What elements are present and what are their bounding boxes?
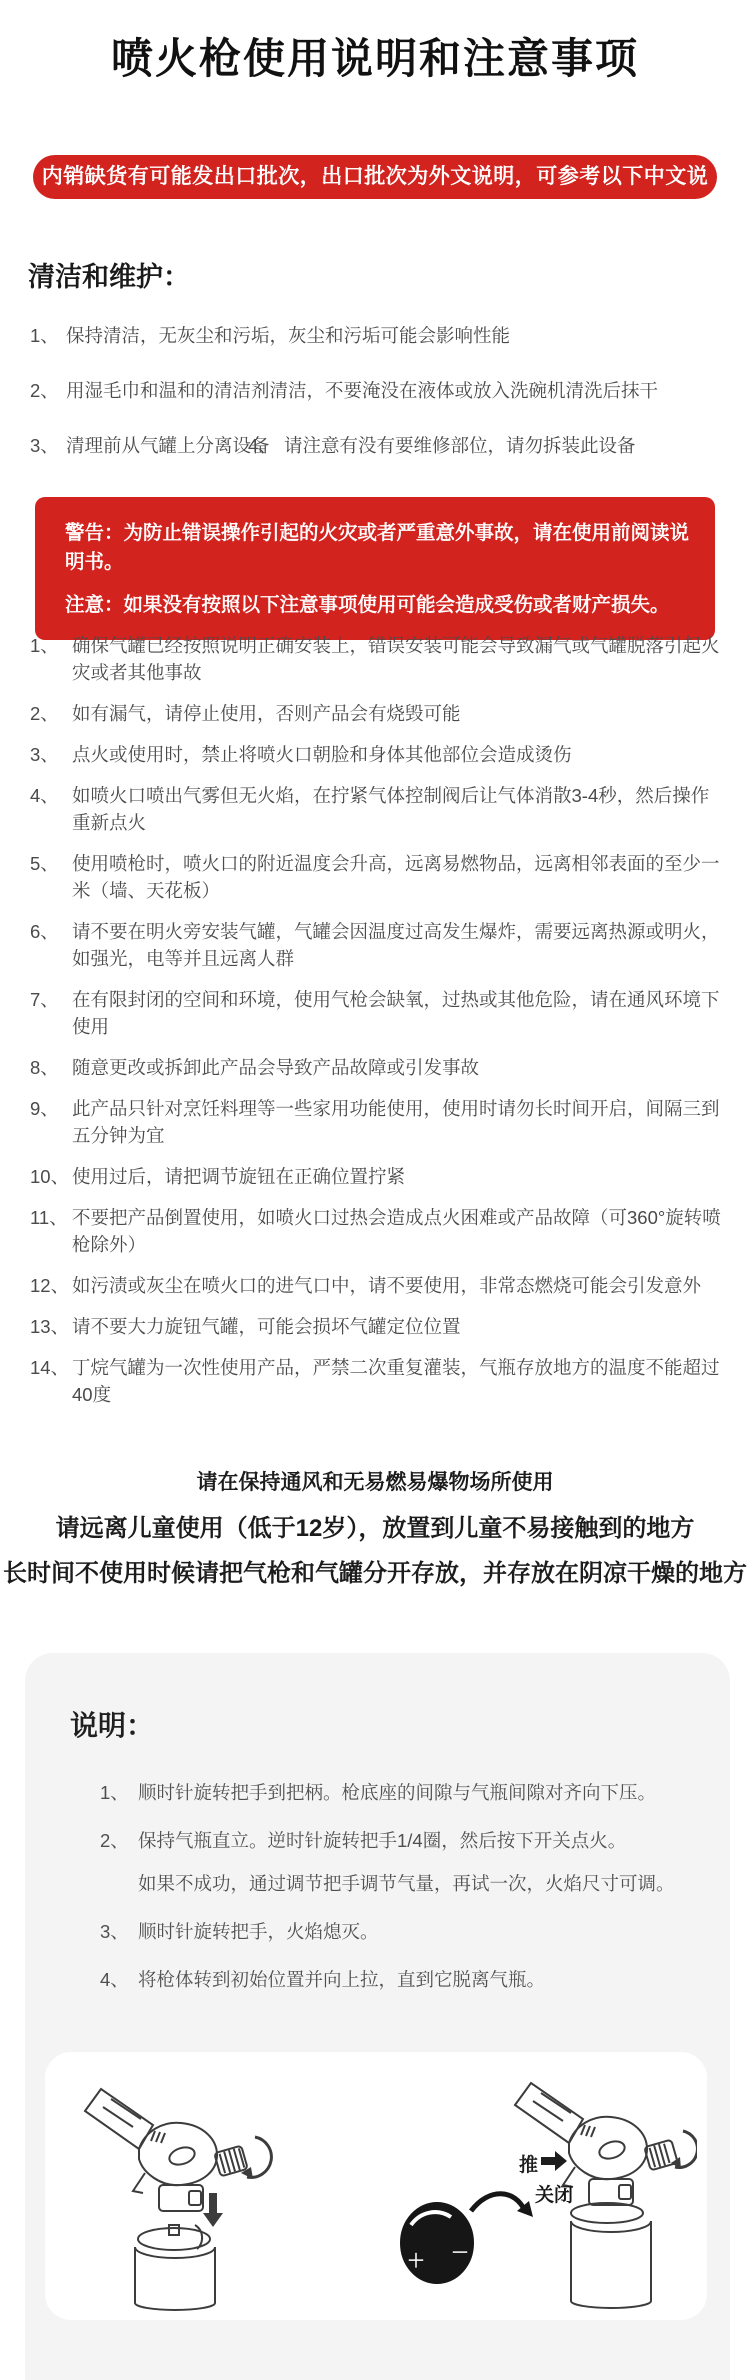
torch-trigger xyxy=(133,2173,145,2193)
item-text: 用湿毛巾和温和的清洁剂清洁，不要淹没在液体或放入洗碗机清洗后抹干 xyxy=(66,377,658,404)
storage-notes: 请在保持通风和无易燃易爆物场所使用 请远离儿童使用（低于12岁），放置到儿童不易… xyxy=(0,1468,750,1590)
notice-item: 2、如有漏气，请停止使用，否则产品会有烧毁可能 xyxy=(30,700,724,727)
maintenance-item-row: 3、 清理前从气罐上分离设备 4、 请注意有没有要维修部位，请勿拆装此设备 xyxy=(30,432,722,459)
torch-collar xyxy=(589,2179,633,2205)
item-text: 顺时针旋转把手，火焰熄灭。 xyxy=(138,1917,705,1947)
notice-item: 13、请不要大力旋钮气罐，可能会损坏气罐定位位置 xyxy=(30,1313,724,1340)
notice-item: 8、随意更改或拆卸此产品会导致产品故障或引发事故 xyxy=(30,1054,724,1081)
torch-body xyxy=(569,2117,647,2179)
close-label: 关闭 xyxy=(535,2183,573,2206)
torch-instruction-page: 喷火枪使用说明和注意事项 内销缺货有可能发出口批次，出口批次为外文说明，可参考以… xyxy=(0,0,750,2380)
item-number: 4、 xyxy=(100,1965,138,1995)
item-number: 7、 xyxy=(30,986,72,1040)
notice-item: 6、请不要在明火旁安装气罐，气罐会因温度过高发生爆炸，需要远离热源或明火，如强光… xyxy=(30,918,724,972)
caution-line: 注意：如果没有按照以下注意事项使用可能会造成受伤或者财产损失。 xyxy=(65,591,689,620)
storage-note-line: 请远离儿童使用（低于12岁），放置到儿童不易接触到的地方 xyxy=(0,1513,750,1545)
maintenance-item: 2、 用湿毛巾和温和的清洁剂清洁，不要淹没在液体或放入洗碗机清洗后抹干 xyxy=(30,377,722,404)
item-text: 点火或使用时，禁止将喷火口朝脸和身体其他部位会造成烫伤 xyxy=(72,741,724,768)
gas-canister xyxy=(135,2225,215,2310)
item-number: 8、 xyxy=(30,1054,72,1081)
item-text: 丁烷气罐为一次性使用产品，严禁二次重复灌装，气瓶存放地方的温度不能超过40度 xyxy=(72,1354,724,1408)
item-number: 2、 xyxy=(30,700,72,727)
item-text: 请注意有没有要维修部位，请勿拆装此设备 xyxy=(284,432,636,459)
torch-detach-illustration: 推 ＋ － xyxy=(367,2061,697,2311)
item-text: 使用喷枪时，喷火口的附近温度会升高，远离易燃物品，远离相邻表面的至少一米（墙、天… xyxy=(72,850,724,904)
item-number: 1、 xyxy=(100,1778,138,1808)
item-number: 6、 xyxy=(30,918,72,972)
page-title: 喷火枪使用说明和注意事项 xyxy=(0,30,750,88)
item-number: 3、 xyxy=(30,432,66,459)
item-text: 请不要大力旋钮气罐，可能会损坏气罐定位位置 xyxy=(72,1313,724,1340)
illustration-card: 推 ＋ － xyxy=(45,2052,707,2320)
item-number: 11、 xyxy=(30,1204,72,1258)
item-text: 随意更改或拆卸此产品会导致产品故障或引发事故 xyxy=(72,1054,724,1081)
item-text: 如污渍或灰尘在喷火口的进气口中，请不要使用，非常态燃烧可能会引发意外 xyxy=(72,1272,724,1299)
notice-item: 9、此产品只针对烹饪料理等一些家用功能使用，使用时请勿长时间开启，间隔三到五分钟… xyxy=(30,1095,724,1149)
gas-canister xyxy=(571,2203,651,2308)
maintenance-list: 1、 保持清洁，无灰尘和污垢，灰尘和污垢可能会影响性能 2、 用湿毛巾和温和的清… xyxy=(30,322,722,487)
instruction-item: 3、 顺时针旋转把手，火焰熄灭。 xyxy=(100,1917,705,1947)
notice-banner-text: 内销缺货有可能发出口批次，出口批次为外文说明，可参考以下中文说明 xyxy=(42,165,709,232)
item-text-line2: 如果不成功，通过调节把手调节气量，再试一次，火焰尺寸可调。 xyxy=(138,1869,705,1899)
item-number: 5、 xyxy=(30,850,72,904)
instruction-item: 1、 顺时针旋转把手到把柄。枪底座的间隙与气瓶间隙对齐向下压。 xyxy=(100,1778,705,1808)
item-number: 2、 xyxy=(30,377,66,404)
item-text-line1: 保持气瓶直立。逆时针旋转把手1/4圈，然后按下开关点火。 xyxy=(138,1830,626,1851)
item-text: 保持清洁，无灰尘和污垢，灰尘和污垢可能会影响性能 xyxy=(66,322,510,349)
maintenance-item: 4、 请注意有没有要维修部位，请勿拆装此设备 xyxy=(248,432,636,459)
push-arrow-icon xyxy=(541,2151,567,2171)
item-number: 2、 xyxy=(100,1826,138,1899)
gas-control-knob xyxy=(644,2140,678,2171)
item-number: 13、 xyxy=(30,1313,72,1340)
instruction-item: 4、 将枪体转到初始位置并向上拉，直到它脱离气瓶。 xyxy=(100,1965,705,1995)
warning-line: 警告：为防止错误操作引起的火灾或者严重意外事故，请在使用前阅读说明书。 xyxy=(65,519,689,577)
instruction-item: 2、 保持气瓶直立。逆时针旋转把手1/4圈，然后按下开关点火。如果不成功，通过调… xyxy=(100,1826,705,1899)
item-number: 4、 xyxy=(30,782,72,836)
notice-item: 4、如喷火口喷出气雾但无火焰，在拧紧气体控制阀后让气体消散3-4秒，然后操作重新… xyxy=(30,782,724,836)
item-number: 3、 xyxy=(30,741,72,768)
torch-trigger xyxy=(563,2167,575,2187)
storage-note-line: 长时间不使用时候请把气枪和气罐分开存放，并存放在阴凉干燥的地方 xyxy=(0,1558,750,1590)
dial-plus-label: ＋ xyxy=(407,2251,425,2271)
notice-item: 11、不要把产品倒置使用，如喷火口过热会造成点火困难或产品故障（可360°旋转喷… xyxy=(30,1204,724,1258)
item-text: 不要把产品倒置使用，如喷火口过热会造成点火困难或产品故障（可360°旋转喷枪除外… xyxy=(72,1204,724,1258)
maintenance-heading: 清洁和维护： xyxy=(28,258,190,296)
notice-item: 12、如污渍或灰尘在喷火口的进气口中，请不要使用，非常态燃烧可能会引发意外 xyxy=(30,1272,724,1299)
notice-banner: 内销缺货有可能发出口批次，出口批次为外文说明，可参考以下中文说明 xyxy=(33,155,717,199)
item-number: 1、 xyxy=(30,322,66,349)
close-arrow-icon xyxy=(471,2194,525,2211)
push-label: 推 xyxy=(519,2153,538,2176)
press-down-arrow-icon xyxy=(203,2193,223,2227)
notice-item: 10、使用过后，请把调节旋钮在正确位置拧紧 xyxy=(30,1163,724,1190)
valve-dial: ＋ － xyxy=(401,2203,473,2283)
storage-note-line: 请在保持通风和无易燃易爆物场所使用 xyxy=(0,1468,750,1498)
item-number: 9、 xyxy=(30,1095,72,1149)
item-number: 14、 xyxy=(30,1354,72,1408)
item-text: 将枪体转到初始位置并向上拉，直到它脱离气瓶。 xyxy=(138,1965,705,1995)
notice-item: 5、使用喷枪时，喷火口的附近温度会升高，远离易燃物品，远离相邻表面的至少一米（墙… xyxy=(30,850,724,904)
item-number: 4、 xyxy=(248,432,284,459)
item-text: 如喷火口喷出气雾但无火焰，在拧紧气体控制阀后让气体消散3-4秒，然后操作重新点火 xyxy=(72,782,724,836)
gas-control-knob xyxy=(214,2146,248,2177)
torch-attach-illustration xyxy=(55,2061,355,2311)
item-text: 在有限封闭的空间和环境，使用气枪会缺氧，过热或其他危险，请在通风环境下使用 xyxy=(72,986,724,1040)
torch-body xyxy=(139,2123,217,2185)
maintenance-item: 1、 保持清洁，无灰尘和污垢，灰尘和污垢可能会影响性能 xyxy=(30,322,722,349)
item-number: 3、 xyxy=(100,1917,138,1947)
instructions-list: 1、 顺时针旋转把手到把柄。枪底座的间隙与气瓶间隙对齐向下压。 2、 保持气瓶直… xyxy=(70,1778,705,1995)
warning-box: 警告：为防止错误操作引起的火灾或者严重意外事故，请在使用前阅读说明书。 注意：如… xyxy=(35,497,715,640)
item-number: 12、 xyxy=(30,1272,72,1299)
item-text: 如有漏气，请停止使用，否则产品会有烧毁可能 xyxy=(72,700,724,727)
torch-collar xyxy=(159,2185,203,2211)
item-text: 顺时针旋转把手到把柄。枪底座的间隙与气瓶间隙对齐向下压。 xyxy=(138,1778,705,1808)
dial-minus-label: － xyxy=(451,2243,469,2263)
notice-item: 7、在有限封闭的空间和环境，使用气枪会缺氧，过热或其他危险，请在通风环境下使用 xyxy=(30,986,724,1040)
instructions-heading: 说明： xyxy=(70,1708,705,1744)
item-text: 保持气瓶直立。逆时针旋转把手1/4圈，然后按下开关点火。如果不成功，通过调节把手… xyxy=(138,1826,705,1899)
notice-item: 1、确保气罐已经按照说明正确安装上，错误安装可能会导致漏气或气罐脱落引起火灾或者… xyxy=(30,632,724,686)
item-text: 此产品只针对烹饪料理等一些家用功能使用，使用时请勿长时间开启，间隔三到五分钟为宜 xyxy=(72,1095,724,1149)
notice-item: 3、点火或使用时，禁止将喷火口朝脸和身体其他部位会造成烫伤 xyxy=(30,741,724,768)
item-number: 10、 xyxy=(30,1163,72,1190)
item-text: 清理前从气罐上分离设备 xyxy=(66,432,270,459)
item-text: 请不要在明火旁安装气罐，气罐会因温度过高发生爆炸，需要远离热源或明火，如强光，电… xyxy=(72,918,724,972)
item-text: 使用过后，请把调节旋钮在正确位置拧紧 xyxy=(72,1163,724,1190)
notice-list: 1、确保气罐已经按照说明正确安装上，错误安装可能会导致漏气或气罐脱落引起火灾或者… xyxy=(30,632,724,1422)
item-text: 确保气罐已经按照说明正确安装上，错误安装可能会导致漏气或气罐脱落引起火灾或者其他… xyxy=(72,632,724,686)
notice-item: 14、丁烷气罐为一次性使用产品，严禁二次重复灌装，气瓶存放地方的温度不能超过40… xyxy=(30,1354,724,1408)
item-number: 1、 xyxy=(30,632,72,686)
